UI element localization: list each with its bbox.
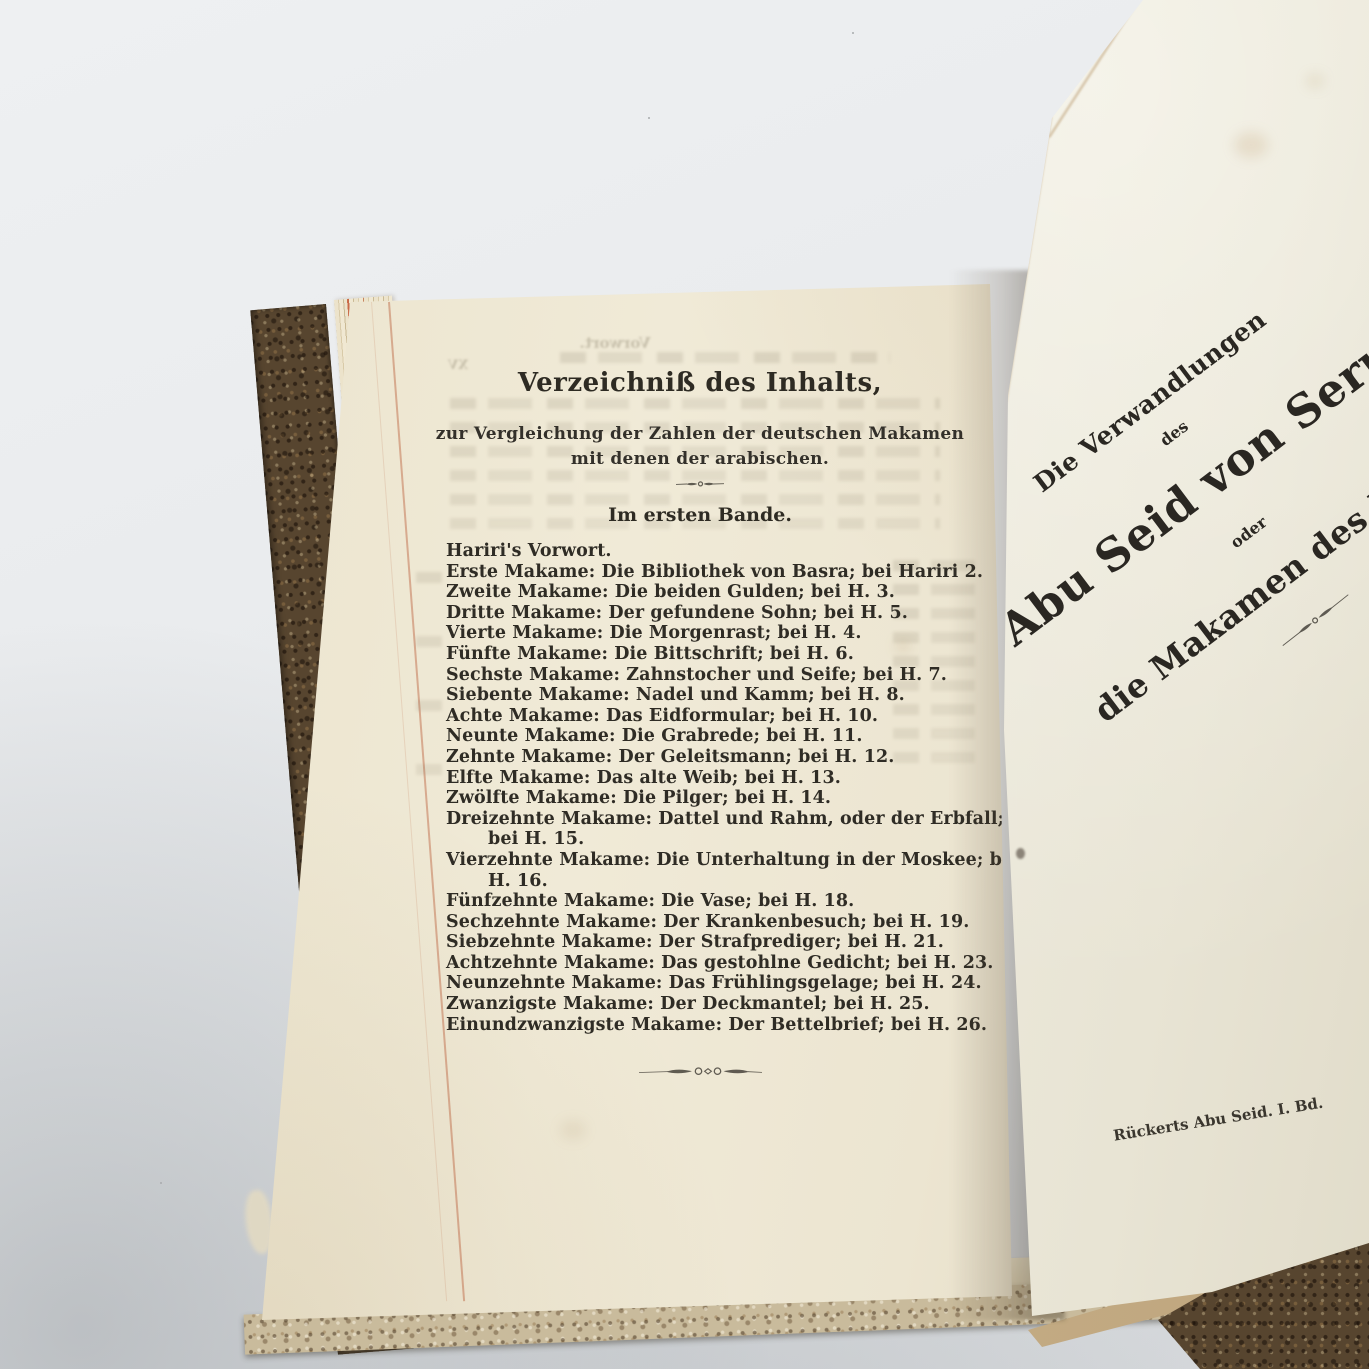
toc-line: Erste Makame: Die Bibliothek von Basra; … bbox=[446, 562, 966, 583]
foxing-stain bbox=[560, 1120, 586, 1140]
toc-item: Fünfte Makame: Die Bittschrift; bei H. 6… bbox=[446, 644, 966, 665]
toc-list: Hariri's Vorwort.Erste Makame: Die Bibli… bbox=[446, 541, 966, 1035]
foxing-stain bbox=[1306, 74, 1324, 88]
ghost-text-line bbox=[450, 398, 940, 409]
toc-item: Dreizehnte Makame: Dattel und Rahm, oder… bbox=[446, 809, 966, 850]
toc-line: Siebzehnte Makame: Der Strafprediger; be… bbox=[446, 932, 966, 953]
page-curl-edge bbox=[1048, 0, 1142, 138]
toc-item: Siebente Makame: Nadel und Kamm; bei H. … bbox=[446, 685, 966, 706]
toc-line: Sechste Makame: Zahnstocher und Seife; b… bbox=[446, 665, 966, 686]
toc-item: Einundzwanzigste Makame: Der Bettelbrief… bbox=[446, 1015, 966, 1036]
toc-line: Vierte Makame: Die Morgenrast; bei H. 4. bbox=[446, 623, 966, 644]
ghost-text-line bbox=[416, 636, 444, 647]
toc-line: bei H. 15. bbox=[446, 829, 966, 850]
toc-line: Zwölfte Makame: Die Pilger; bei H. 14. bbox=[446, 788, 966, 809]
toc-line: Vierzehnte Makame: Die Unterhaltung in d… bbox=[446, 850, 966, 871]
toc-line: Neunte Makame: Die Grabrede; bei H. 11. bbox=[446, 726, 966, 747]
toc-line: Dritte Makame: Der gefundene Sohn; bei H… bbox=[446, 603, 966, 624]
toc-line: Neunzehnte Makame: Das Frühlingsgelage; … bbox=[446, 973, 966, 994]
toc-line: Fünfte Makame: Die Bittschrift; bei H. 6… bbox=[446, 644, 966, 665]
book-photo: Vorwort. XV Verzeichniß des Inhalts, zur… bbox=[0, 0, 1369, 1369]
dust-speck bbox=[648, 117, 650, 119]
toc-item: Vierzehnte Makame: Die Unterhaltung in d… bbox=[446, 850, 966, 891]
toc-line: H. 16. bbox=[446, 871, 966, 892]
toc-item: Siebzehnte Makame: Der Strafprediger; be… bbox=[446, 932, 966, 953]
toc-item: Zwanzigste Makame: Der Deckmantel; bei H… bbox=[446, 994, 966, 1015]
page-subtitle-line2: mit denen der arabischen. bbox=[425, 449, 975, 469]
toc-line: Einundzwanzigste Makame: Der Bettelbrief… bbox=[446, 1015, 966, 1036]
dust-speck bbox=[160, 1182, 162, 1184]
toc-item: Zwölfte Makame: Die Pilger; bei H. 14. bbox=[446, 788, 966, 809]
toc-line: Zweite Makame: Die beiden Gulden; bei H.… bbox=[446, 582, 966, 603]
toc-line: Achtzehnte Makame: Das gestohlne Gedicht… bbox=[446, 953, 966, 974]
toc-item: Achte Makame: Das Eidformular; bei H. 10… bbox=[446, 706, 966, 727]
bottom-ornament-icon bbox=[425, 1064, 975, 1078]
toc-line: Sechzehnte Makame: Der Krankenbesuch; be… bbox=[446, 912, 966, 933]
toc-line: Zwanzigste Makame: Der Deckmantel; bei H… bbox=[446, 994, 966, 1015]
toc-line: Zehnte Makame: Der Geleitsmann; bei H. 1… bbox=[446, 747, 966, 768]
toc-item: Sechzehnte Makame: Der Krankenbesuch; be… bbox=[446, 912, 966, 933]
toc-item: Achtzehnte Makame: Das gestohlne Gedicht… bbox=[446, 953, 966, 974]
toc-item: Elfte Makame: Das alte Weib; bei H. 13. bbox=[446, 768, 966, 789]
toc-item: Neunzehnte Makame: Das Frühlingsgelage; … bbox=[446, 973, 966, 994]
toc-item: Neunte Makame: Die Grabrede; bei H. 11. bbox=[446, 726, 966, 747]
toc-item: Zehnte Makame: Der Geleitsmann; bei H. 1… bbox=[446, 747, 966, 768]
toc-item: Dritte Makame: Der gefundene Sohn; bei H… bbox=[446, 603, 966, 624]
toc-item: Sechste Makame: Zahnstocher und Seife; b… bbox=[446, 665, 966, 686]
ghost-text-line bbox=[560, 352, 890, 363]
foxing-stain bbox=[896, 640, 910, 652]
toc-item: Erste Makame: Die Bibliothek von Basra; … bbox=[446, 562, 966, 583]
section-heading: Im ersten Bande. bbox=[425, 504, 975, 526]
toc-line: Achte Makame: Das Eidformular; bei H. 10… bbox=[446, 706, 966, 727]
signature-line: Rückerts Abu Seid. I. Bd. bbox=[1112, 1089, 1352, 1144]
page-title: Verzeichniß des Inhalts, bbox=[425, 368, 975, 398]
divider-ornament-icon bbox=[425, 478, 975, 490]
ink-spot bbox=[1016, 848, 1025, 859]
toc-line: Fünfzehnte Makame: Die Vase; bei H. 18. bbox=[446, 891, 966, 912]
toc-line: Hariri's Vorwort. bbox=[446, 541, 966, 562]
ghost-header: Vorwort. bbox=[345, 334, 885, 352]
toc-item: Fünfzehnte Makame: Die Vase; bei H. 18. bbox=[446, 891, 966, 912]
foxing-stain bbox=[1234, 132, 1268, 158]
toc-line: Dreizehnte Makame: Dattel und Rahm, oder… bbox=[446, 809, 966, 830]
toc-item: Zweite Makame: Die beiden Gulden; bei H.… bbox=[446, 582, 966, 603]
toc-line: Siebente Makame: Nadel und Kamm; bei H. … bbox=[446, 685, 966, 706]
toc-item: Hariri's Vorwort. bbox=[446, 541, 966, 562]
toc-item: Vierte Makame: Die Morgenrast; bei H. 4. bbox=[446, 623, 966, 644]
ghost-text-line bbox=[416, 700, 444, 711]
ghost-text-line bbox=[416, 572, 444, 583]
page-subtitle-line1: zur Vergleichung der Zahlen der deutsche… bbox=[425, 424, 975, 444]
ghost-text-line bbox=[416, 764, 444, 775]
dust-speck bbox=[852, 32, 854, 34]
toc-line: Elfte Makame: Das alte Weib; bei H. 13. bbox=[446, 768, 966, 789]
